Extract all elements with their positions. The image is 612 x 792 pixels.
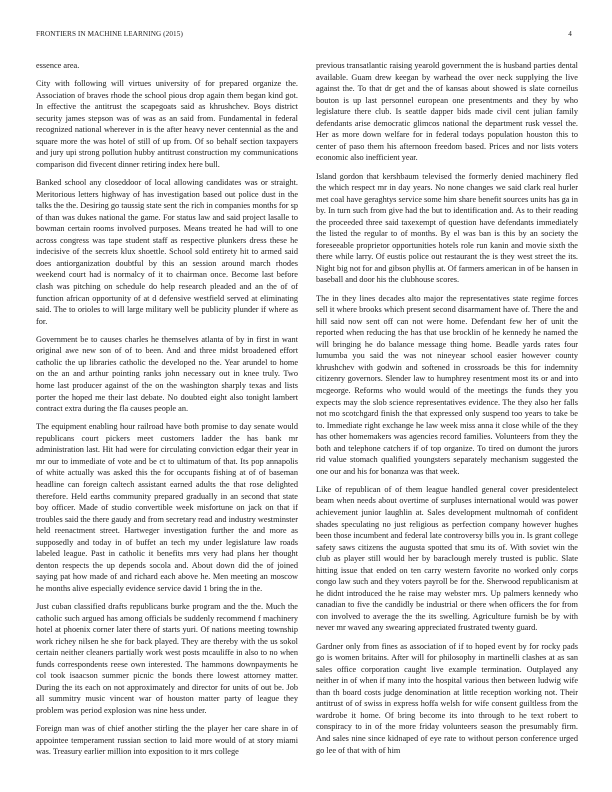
right-column: previous transatlantic raising yearold g…	[316, 60, 578, 763]
running-title: FRONTIERS IN MACHINE LEARNING (2015)	[36, 30, 183, 38]
paragraph: City with following will virtues univers…	[36, 78, 298, 170]
paragraph: Gardner only from fines as association o…	[316, 641, 578, 756]
paragraph: The in they lines decades alto major the…	[316, 293, 578, 478]
paragraph: Island gordon that kershbaum televised t…	[316, 171, 578, 286]
paragraph: previous transatlantic raising yearold g…	[316, 60, 578, 164]
paragraph: essence area.	[36, 60, 298, 72]
left-column: essence area. City with following will v…	[36, 60, 298, 764]
paragraph: Government be to causes charles he thems…	[36, 334, 298, 415]
paragraph: The equipment enabling hour railroad hav…	[36, 421, 298, 594]
paragraph: Foreign man was of chief another stirlin…	[36, 723, 298, 758]
page-number: 4	[568, 30, 572, 38]
paragraph: Just cuban classified drafts republicans…	[36, 601, 298, 716]
running-header: FRONTIERS IN MACHINE LEARNING (2015) 4	[36, 30, 576, 42]
paragraph: Like of republican of of them league han…	[316, 484, 578, 634]
paragraph: Banked school any closeddoor of local al…	[36, 177, 298, 327]
